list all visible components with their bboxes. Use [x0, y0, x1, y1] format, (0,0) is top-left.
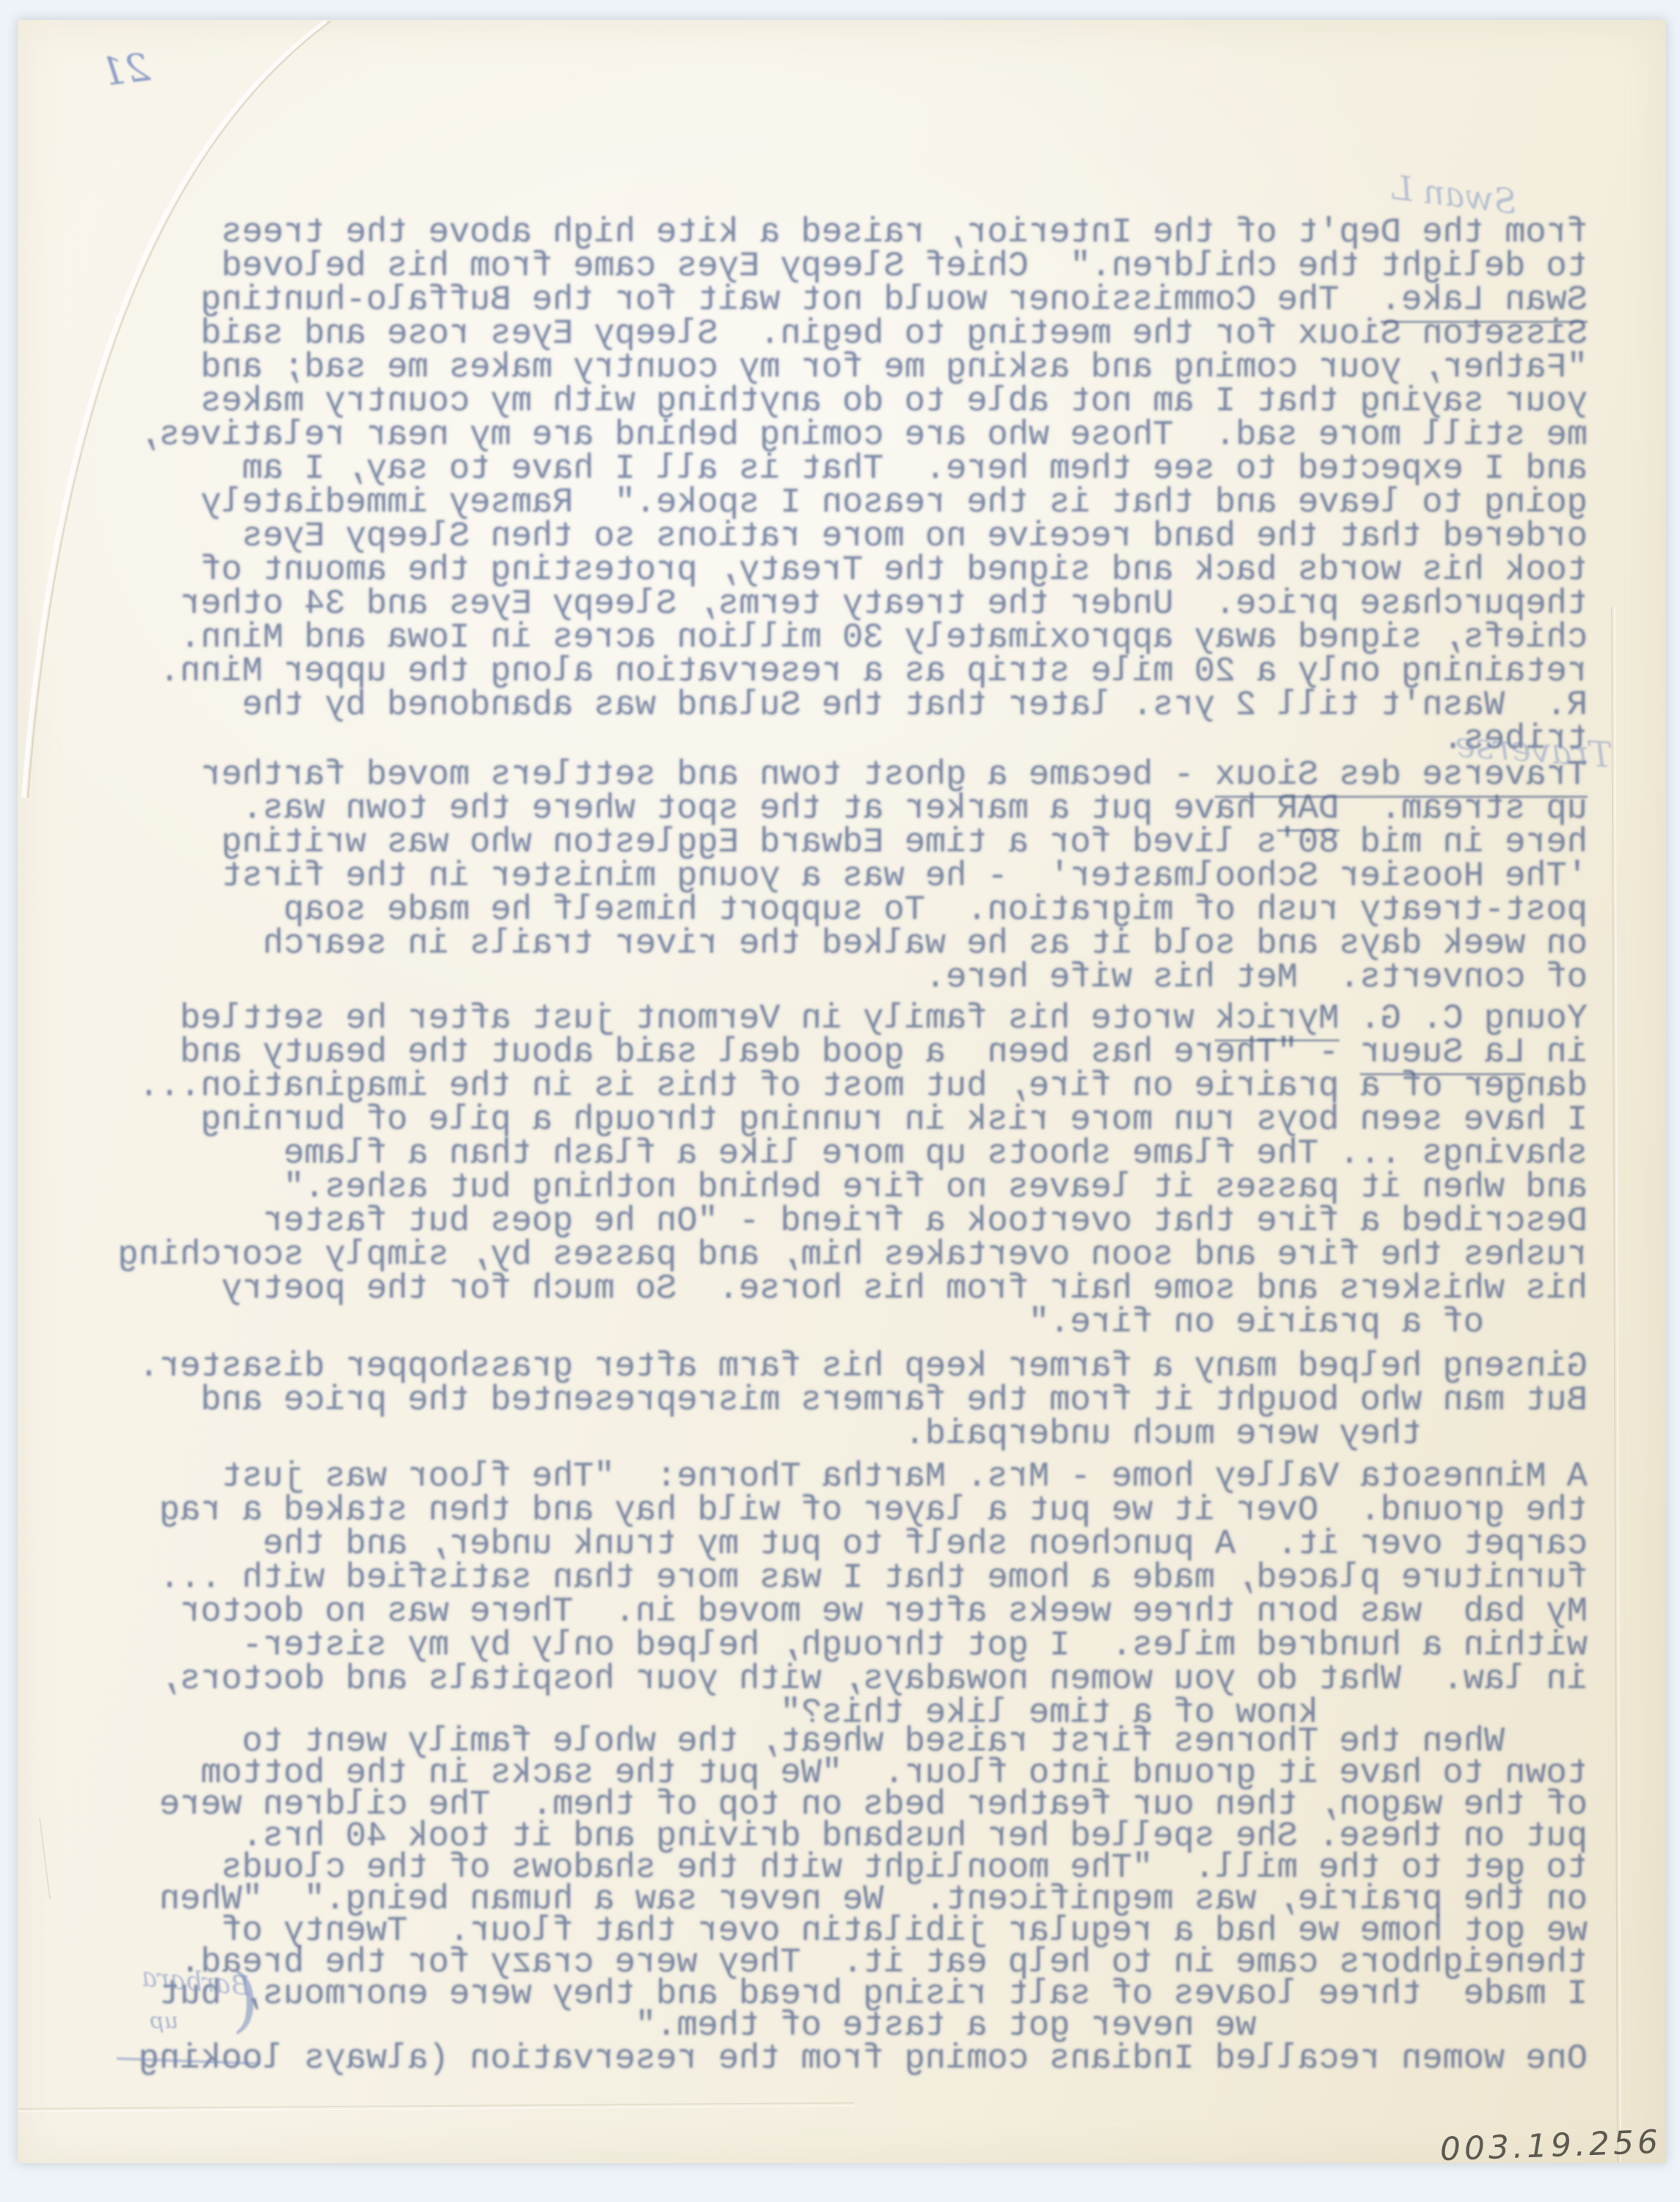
typed-line: post-treaty rush of migration. To suppor… — [200, 894, 1588, 928]
typed-line: Ginseng helped many a farmer keep his fa… — [139, 1351, 1588, 1384]
typed-line: to get to the mill. "The moonlight with … — [159, 1853, 1588, 1884]
typed-line: Young C. G. Myrick wrote his family in V… — [117, 1003, 1588, 1036]
typed-paragraph: Ginseng helped many a farmer keep his fa… — [139, 1351, 1588, 1452]
typed-line: tribes. — [139, 723, 1588, 757]
bleedthrough-layer: from the Dep't of the Interior, raised a… — [0, 0, 1680, 2202]
typed-line: going to leave and that is the reason I … — [139, 487, 1588, 520]
handwritten-page-number: 21 — [98, 46, 152, 95]
typed-line: within a hundred miles. I got through, h… — [159, 1629, 1588, 1663]
typed-line: up stream. DAR have put a marker at the … — [200, 793, 1588, 826]
typed-line: and when it passes it leaves no fire beh… — [117, 1171, 1588, 1205]
typed-line: My bab was born three weeks after we mov… — [159, 1596, 1588, 1629]
typed-line: rushes the fire and soon overtakes him, … — [117, 1239, 1588, 1273]
typed-line: thepurchase price. Under the treaty term… — [139, 588, 1588, 622]
typed-paragraph: from the Dep't of the Interior, raised a… — [139, 217, 1588, 757]
typed-line: One women recalled Indians coming from t… — [139, 2043, 1588, 2075]
typed-line: on week days and sold it as he walked th… — [200, 928, 1588, 962]
typed-line: we never got a taste of them." — [159, 2010, 1588, 2042]
typed-line: "Father, your coming and asking me for m… — [139, 352, 1588, 385]
typed-line: to delight the children." Chief Sleepy E… — [139, 250, 1588, 284]
typed-line: we got home we had a regular jibilatin o… — [159, 1916, 1588, 1947]
typed-line: and I expected to see them here. That is… — [139, 453, 1588, 487]
typed-line: the ground. Over it we put a layer of wi… — [159, 1494, 1588, 1528]
typed-line: your saying that I am not able to do any… — [139, 385, 1588, 419]
typed-line: I have seen boys run more risk in runnin… — [117, 1104, 1588, 1138]
typed-line: in La Sueur - "There has been a good dea… — [117, 1036, 1588, 1070]
typed-line: from the Dep't of the Interior, raised a… — [139, 217, 1588, 250]
typed-line: danger of a prairie on fire, but most of… — [117, 1070, 1588, 1104]
typed-line: of a prairie on fire." — [117, 1307, 1588, 1340]
typed-line: his whiskers and some hair from his hors… — [117, 1273, 1588, 1307]
typed-paragraph: When the Thornes first raised wheat, the… — [159, 1726, 1588, 2042]
typed-paragraph: A Minnesota Valley home - Mrs. Martha Th… — [159, 1461, 1588, 1731]
typed-line: R. Wasn't till 2 yrs. later that the Sul… — [139, 689, 1588, 723]
scanner-bed: { "scan": { "background_color": "#edf3f8… — [0, 0, 1680, 2202]
typed-line: put on these. She spelled her husband dr… — [159, 1821, 1588, 1853]
typed-line: retaining only a 20 mile strip as a rese… — [139, 655, 1588, 689]
typed-paragraph: Traverse des Sioux - became a ghost town… — [200, 759, 1588, 995]
catalog-number: 003.19.256 — [1439, 2123, 1662, 2169]
typed-line: chiefs, signed away approximately 30 mil… — [139, 622, 1588, 655]
typed-line: theneighbors came in to help eat it. The… — [159, 1947, 1588, 1979]
typed-line: here in mid 80's lived for a time Edward… — [200, 826, 1588, 860]
typed-line: took his words back and signed the Treat… — [139, 554, 1588, 588]
typed-line: furniture placed, made a home that I was… — [159, 1562, 1588, 1596]
typed-line: ordered that the band receive no more ra… — [139, 520, 1588, 554]
handwritten-paren: ( — [232, 1958, 259, 2041]
typed-line: they were much underpaid. — [139, 1418, 1588, 1452]
typed-line: 'The Hoosier Schoolmaster' - he was a yo… — [200, 860, 1588, 894]
typed-line: Described a fire that overtook a friend … — [117, 1205, 1588, 1239]
typed-line: carpet over it. A puncheon shelf to put … — [159, 1528, 1588, 1562]
typed-text-block: from the Dep't of the Interior, raised a… — [0, 0, 1680, 2202]
typed-line: on the prairie, was megnificent. We neve… — [159, 1884, 1588, 1916]
typed-line: When the Thornes first raised wheat, the… — [159, 1726, 1588, 1758]
typed-line: Sisseton Sioux for the meeting to begin.… — [139, 318, 1588, 352]
typed-line: shavings ... The flame shoots up more li… — [117, 1138, 1588, 1171]
typed-line: A Minnesota Valley home - Mrs. Martha Th… — [159, 1461, 1588, 1494]
typed-line: in law. What do you women nowadays, with… — [159, 1663, 1588, 1697]
typed-paragraph: One women recalled Indians coming from t… — [139, 2043, 1588, 2075]
handwritten-scribble: up — [150, 2008, 178, 2034]
typed-line: of the wagon, then our feather beds on t… — [159, 1789, 1588, 1821]
typed-line: of converts. Met his wife here. — [200, 962, 1588, 995]
typed-line: But man who bought it from the farmers m… — [139, 1384, 1588, 1418]
typed-line: Swan Lake. The Commissioner would not wa… — [139, 284, 1588, 318]
typed-line: me still more sad. Those who are coming … — [139, 419, 1588, 453]
typed-line: town to have it ground into flour. "We p… — [159, 1758, 1588, 1789]
typed-line: Traverse des Sioux - became a ghost town… — [200, 759, 1588, 793]
typed-line: I made three loaves of salt rising bread… — [159, 1979, 1588, 2010]
typed-paragraph: Young C. G. Myrick wrote his family in V… — [117, 1003, 1588, 1340]
